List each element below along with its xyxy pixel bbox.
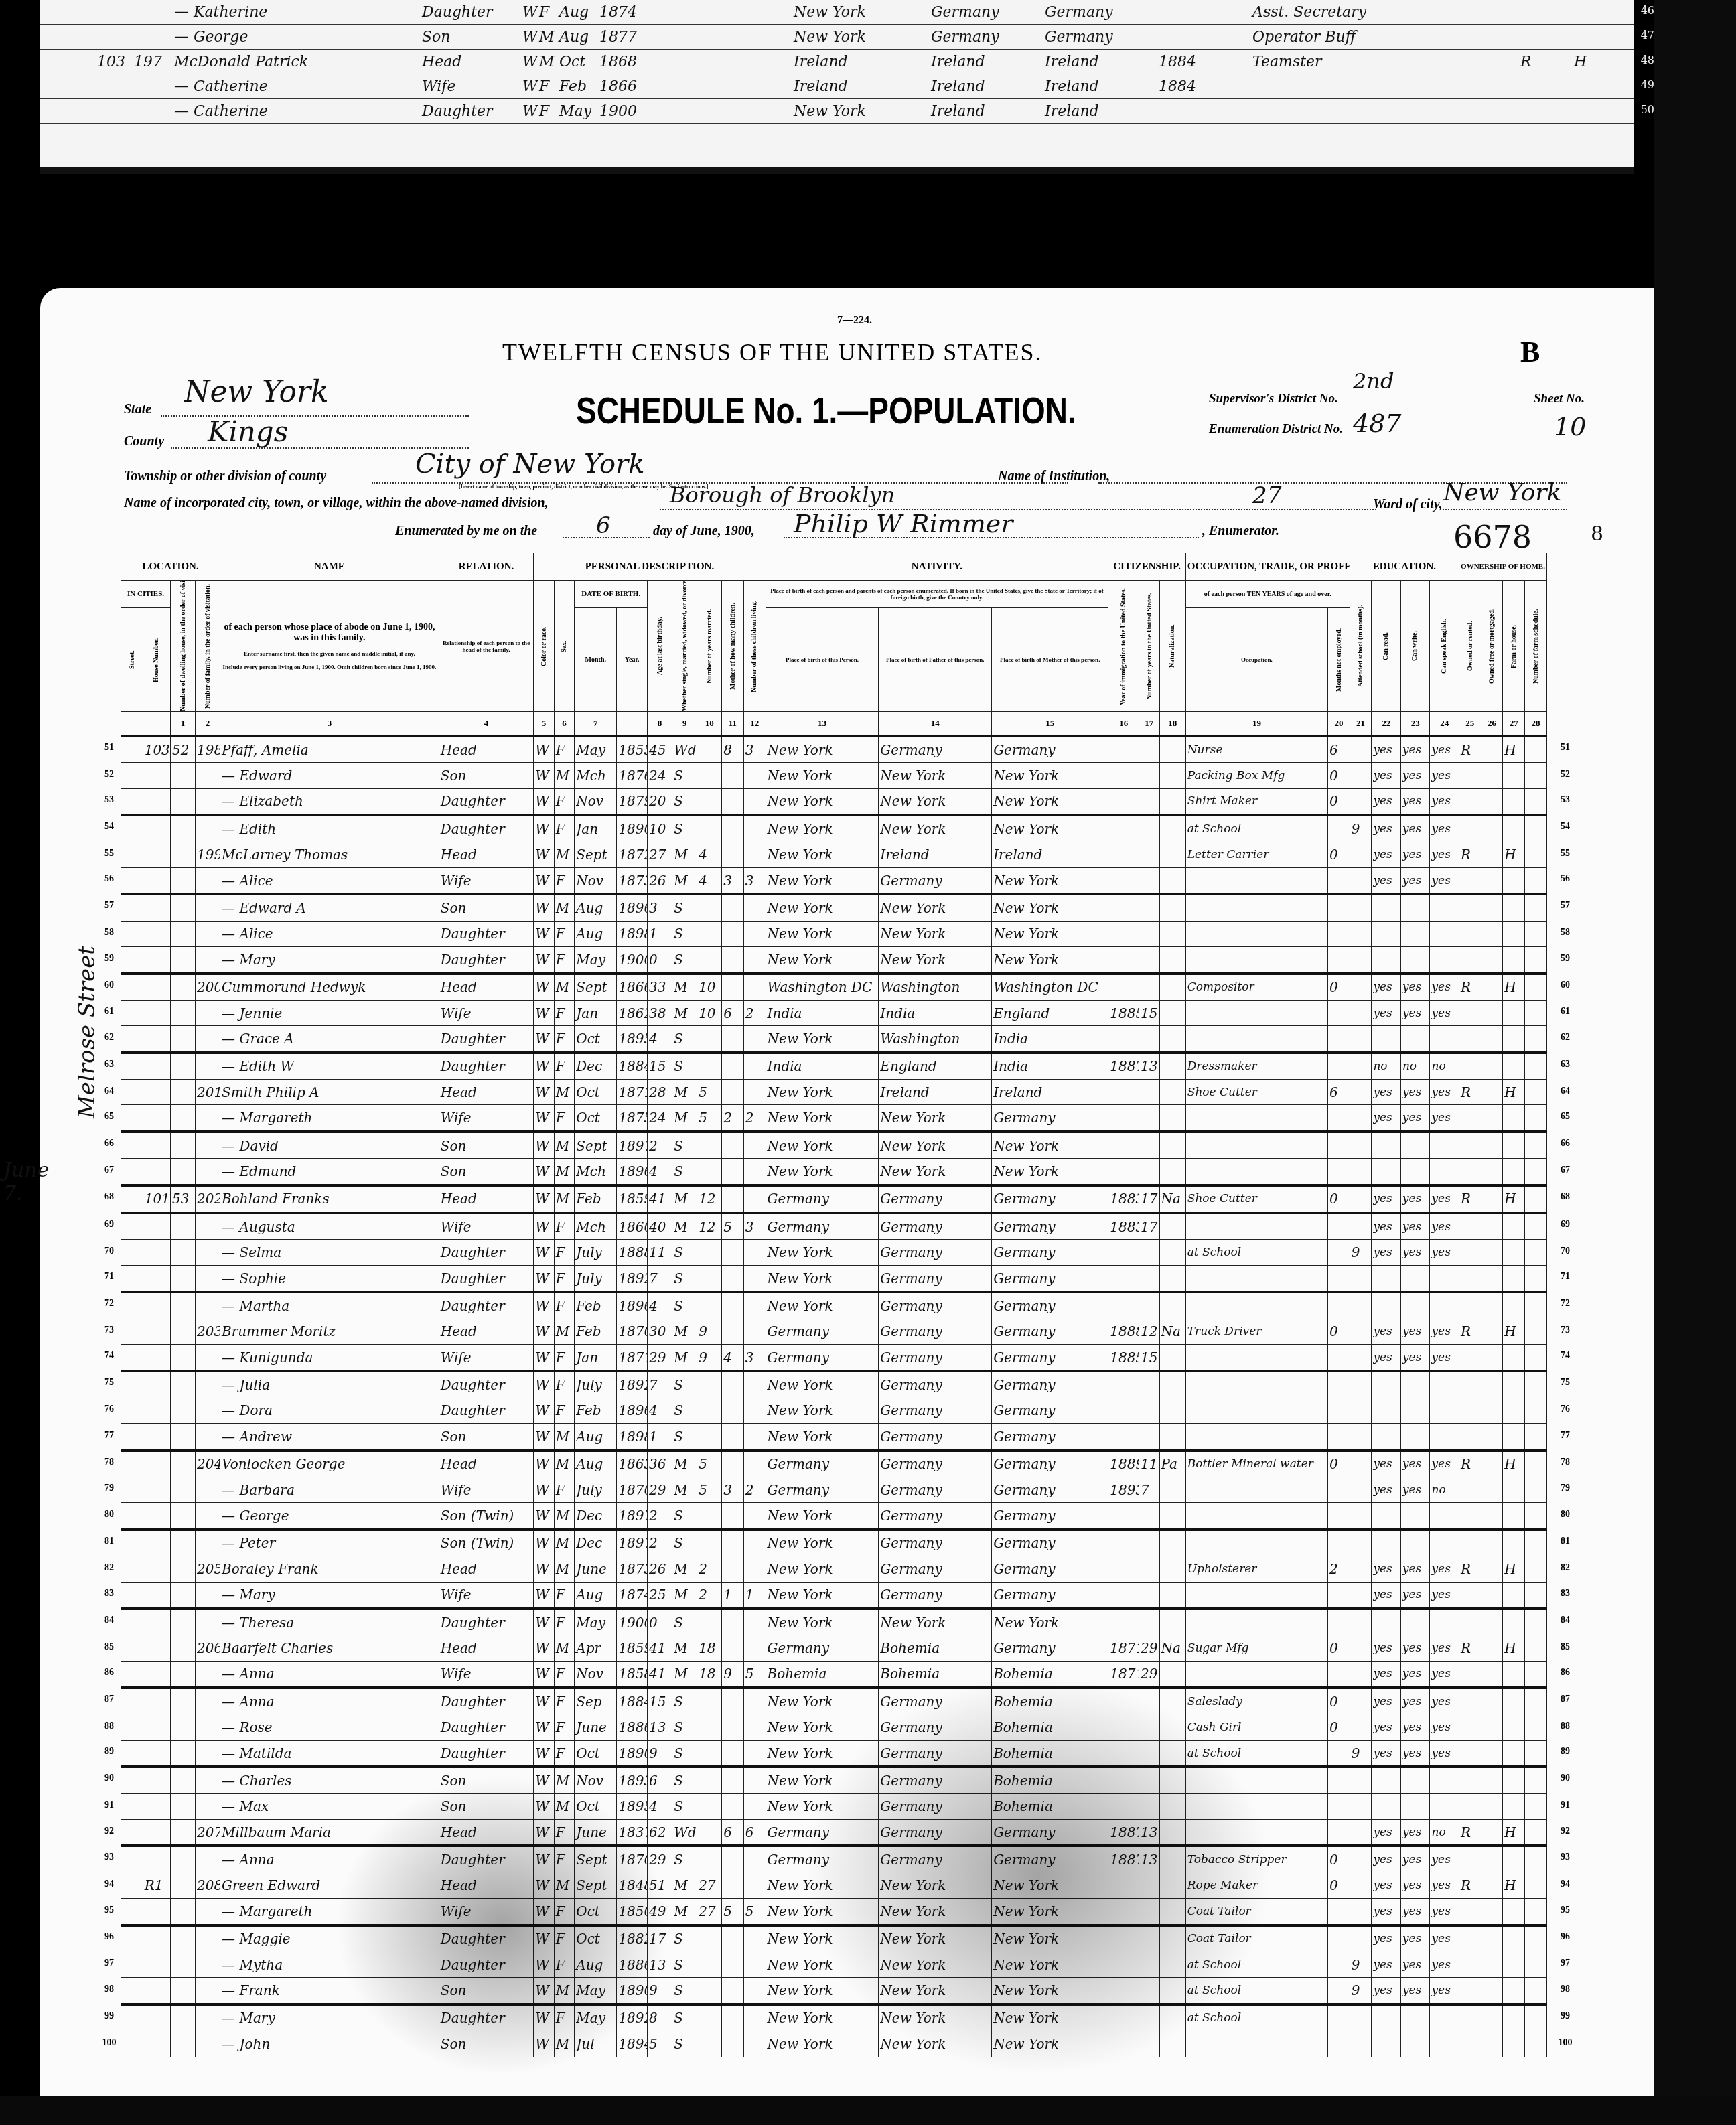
cell-write[interactable] [1400,1292,1430,1319]
cell-street[interactable] [121,974,143,1001]
cell-immig[interactable] [1108,867,1139,894]
cell-color[interactable]: W [534,1556,554,1582]
cell-name[interactable]: Smith Philip A [220,1080,439,1105]
cell-write[interactable] [1400,1530,1430,1556]
cell-dwelling[interactable] [171,1344,196,1371]
cell-month[interactable]: Feb [575,1185,617,1213]
cell-school[interactable] [1350,763,1372,788]
cell-read[interactable] [1372,1530,1401,1556]
cell-schedule[interactable] [1525,947,1547,974]
cell-age[interactable]: 24 [648,763,672,788]
cell-birth[interactable]: New York [766,1080,879,1105]
cell-age[interactable]: 0 [648,947,672,974]
cell-mother-birth[interactable]: Germany [992,1105,1108,1132]
cell-birth[interactable]: New York [766,921,879,946]
cell-schedule[interactable] [1525,1132,1547,1159]
cell-farm[interactable] [1503,1767,1525,1793]
cell-relation[interactable]: Daughter [439,1292,534,1319]
cell-birth[interactable]: New York [766,1609,879,1635]
cell-owned[interactable] [1459,1978,1481,2004]
cell-natur[interactable] [1159,1344,1185,1371]
cell-schedule[interactable] [1525,1503,1547,1530]
cell-street[interactable] [121,1899,143,1925]
cell-father-birth[interactable]: Germany [879,1556,992,1582]
cell-street[interactable] [121,2004,143,2031]
cell-owned[interactable]: R [1459,1185,1481,1213]
cell-immig[interactable] [1108,1105,1139,1132]
cell-year[interactable]: 1876 [617,763,648,788]
cell-sex[interactable]: M [554,1530,574,1556]
cell-school[interactable] [1350,1530,1372,1556]
cell-birth[interactable]: New York [766,1159,879,1185]
cell-natur[interactable] [1159,1609,1185,1635]
cell-owned[interactable]: R [1459,1556,1481,1582]
cell-occupation[interactable] [1185,1371,1327,1398]
cell-age[interactable]: 15 [648,1053,672,1080]
cell-family[interactable] [196,1398,220,1423]
cell-months-unemp[interactable] [1328,1424,1350,1451]
cell-occupation[interactable]: Letter Carrier [1185,842,1327,867]
cell-family[interactable] [196,1213,220,1240]
cell-family[interactable] [196,788,220,815]
cell-living[interactable] [743,1080,766,1105]
cell-read[interactable]: yes [1372,1105,1401,1132]
cell-dwelling[interactable] [171,1159,196,1185]
cell-month[interactable]: Feb [575,1292,617,1319]
cell-mortgage[interactable] [1481,1398,1503,1423]
cell-marital[interactable]: S [672,1925,697,1952]
cell-mother-birth[interactable]: Ireland [992,1080,1108,1105]
enumeration-district-field[interactable]: 487 [1353,409,1402,438]
cell-occupation[interactable]: Shirt Maker [1185,788,1327,815]
cell-schedule[interactable] [1525,1451,1547,1477]
cell-house[interactable] [143,1159,170,1185]
cell-read[interactable]: yes [1372,842,1401,867]
cell-english[interactable] [1430,1132,1459,1159]
cell-year[interactable]: 1860 [617,1213,648,1240]
cell-school[interactable] [1350,1820,1372,1846]
cell-write[interactable] [1400,1793,1430,1819]
cell-month[interactable]: Sept [575,974,617,1001]
cell-english[interactable]: yes [1430,788,1459,815]
cell-relation[interactable]: Head [439,1319,534,1344]
cell-age[interactable]: 29 [648,1477,672,1502]
cell-year[interactable]: 1862 [617,1000,648,1025]
cell-color[interactable]: W [534,1424,554,1451]
cell-living[interactable]: 5 [743,1899,766,1925]
cell-mortgage[interactable] [1481,1319,1503,1344]
cell-family[interactable] [196,1661,220,1688]
cell-years-married[interactable] [697,2031,722,2057]
cell-occupation[interactable] [1185,1344,1327,1371]
cell-marital[interactable]: S [672,815,697,842]
cell-marital[interactable]: M [672,1451,697,1477]
cell-color[interactable]: W [534,947,554,974]
cell-farm[interactable] [1503,1159,1525,1185]
cell-natur[interactable] [1159,763,1185,788]
cell-age[interactable]: 10 [648,815,672,842]
cell-dwelling[interactable] [171,1635,196,1661]
cell-school[interactable] [1350,1899,1372,1925]
cell-dwelling[interactable] [171,1978,196,2004]
cell-family[interactable] [196,1000,220,1025]
cell-mother-of[interactable] [722,1185,744,1213]
cell-schedule[interactable] [1525,736,1547,763]
cell-name[interactable]: — Kunigunda [220,1344,439,1371]
cell-mortgage[interactable] [1481,1265,1503,1292]
cell-name[interactable]: — Edith W [220,1053,439,1080]
cell-year[interactable]: 1866 [617,974,648,1001]
cell-school[interactable] [1350,1714,1372,1740]
cell-street[interactable] [121,736,143,763]
cell-street[interactable] [121,1159,143,1185]
cell-mother-birth[interactable]: Germany [992,1556,1108,1582]
cell-year[interactable]: 1870 [617,1319,648,1344]
cell-dwelling[interactable] [171,1846,196,1873]
cell-write[interactable]: yes [1400,1213,1430,1240]
cell-marital[interactable]: S [672,1740,697,1767]
cell-dwelling[interactable] [171,1582,196,1609]
cell-month[interactable]: Mch [575,763,617,788]
cell-name[interactable]: — Elizabeth [220,788,439,815]
cell-years-us[interactable]: 15 [1139,1344,1159,1371]
cell-farm[interactable] [1503,1661,1525,1688]
cell-english[interactable]: yes [1430,1105,1459,1132]
cell-age[interactable]: 2 [648,1530,672,1556]
cell-occupation[interactable] [1185,947,1327,974]
cell-marital[interactable]: M [672,1582,697,1609]
cell-school[interactable] [1350,867,1372,894]
cell-years-married[interactable]: 2 [697,1582,722,1609]
cell-mother-birth[interactable]: New York [992,788,1108,815]
cell-mortgage[interactable] [1481,1105,1503,1132]
cell-marital[interactable]: S [672,947,697,974]
cell-mother-birth[interactable]: Germany [992,1424,1108,1451]
cell-natur[interactable] [1159,1080,1185,1105]
cell-read[interactable]: yes [1372,1661,1401,1688]
cell-living[interactable]: 5 [743,1661,766,1688]
cell-year[interactable]: 1897 [617,1503,648,1530]
cell-years-us[interactable]: 15 [1139,1000,1159,1025]
cell-mother-birth[interactable]: Germany [992,1185,1108,1213]
cell-immig[interactable]: 1883 [1108,1185,1139,1213]
cell-years-married[interactable] [697,1609,722,1635]
cell-owned[interactable] [1459,1265,1481,1292]
cell-relation[interactable]: Head [439,842,534,867]
cell-age[interactable]: 1 [648,921,672,946]
cell-age[interactable]: 36 [648,1451,672,1477]
cell-family[interactable] [196,763,220,788]
cell-write[interactable]: yes [1400,1952,1430,1977]
cell-natur[interactable] [1159,1265,1185,1292]
cell-living[interactable] [743,1688,766,1714]
cell-write[interactable] [1400,1265,1430,1292]
cell-mother-birth[interactable]: Washington DC [992,974,1108,1001]
cell-mortgage[interactable] [1481,763,1503,788]
cell-immig[interactable]: 1885 [1108,1000,1139,1025]
cell-schedule[interactable] [1525,1292,1547,1319]
cell-living[interactable] [743,1159,766,1185]
cell-write[interactable]: yes [1400,974,1430,1001]
cell-year[interactable]: 1890 [617,815,648,842]
cell-write[interactable]: yes [1400,1240,1430,1265]
cell-marital[interactable]: S [672,1240,697,1265]
cell-street[interactable] [121,1635,143,1661]
cell-occupation[interactable] [1185,1503,1327,1530]
cell-farm[interactable]: H [1503,736,1525,763]
cell-birth[interactable]: New York [766,763,879,788]
cell-mother-of[interactable] [722,763,744,788]
cell-english[interactable]: yes [1430,974,1459,1001]
cell-mortgage[interactable] [1481,1292,1503,1319]
cell-owned[interactable] [1459,1053,1481,1080]
cell-schedule[interactable] [1525,1609,1547,1635]
cell-write[interactable] [1400,1026,1430,1053]
cell-years-us[interactable] [1139,867,1159,894]
cell-month[interactable]: Sep [575,1688,617,1714]
cell-months-unemp[interactable]: 6 [1328,736,1350,763]
cell-months-unemp[interactable] [1328,1899,1350,1925]
cell-dwelling[interactable] [171,894,196,921]
cell-family[interactable] [196,894,220,921]
cell-family[interactable] [196,1582,220,1609]
cell-mother-of[interactable]: 6 [722,1820,744,1846]
cell-years-us[interactable] [1139,974,1159,1001]
cell-house[interactable] [143,1846,170,1873]
cell-month[interactable]: Aug [575,894,617,921]
cell-birth[interactable]: New York [766,1105,879,1132]
cell-occupation[interactable]: Packing Box Mfg [1185,763,1327,788]
cell-owned[interactable] [1459,1714,1481,1740]
cell-months-unemp[interactable] [1328,894,1350,921]
cell-year[interactable]: 1884 [617,1688,648,1714]
cell-year[interactable]: 1863 [617,1451,648,1477]
cell-father-birth[interactable]: Washington [879,1026,992,1053]
cell-relation[interactable]: Daughter [439,1740,534,1767]
cell-father-birth[interactable]: India [879,1000,992,1025]
cell-months-unemp[interactable] [1328,1793,1350,1819]
cell-natur[interactable] [1159,1530,1185,1556]
cell-name[interactable]: — Theresa [220,1609,439,1635]
cell-owned[interactable] [1459,1344,1481,1371]
cell-mother-birth[interactable]: Germany [992,1582,1108,1609]
cell-schedule[interactable] [1525,1582,1547,1609]
cell-mother-of[interactable] [722,1159,744,1185]
cell-year[interactable]: 1859 [617,1185,648,1213]
cell-years-us[interactable] [1139,1080,1159,1105]
cell-street[interactable] [121,1371,143,1398]
cell-months-unemp[interactable]: 0 [1328,1635,1350,1661]
cell-house[interactable] [143,1265,170,1292]
cell-living[interactable] [743,2031,766,2057]
cell-months-unemp[interactable]: 0 [1328,1451,1350,1477]
cell-father-birth[interactable]: Germany [879,1265,992,1292]
cell-name[interactable]: Boraley Frank [220,1556,439,1582]
cell-month[interactable]: May [575,947,617,974]
cell-school[interactable] [1350,842,1372,867]
cell-month[interactable]: July [575,1371,617,1398]
cell-years-us[interactable] [1139,894,1159,921]
cell-write[interactable]: yes [1400,788,1430,815]
cell-marital[interactable]: M [672,1319,697,1344]
cell-write[interactable]: yes [1400,815,1430,842]
cell-schedule[interactable] [1525,1873,1547,1898]
cell-birth[interactable]: New York [766,736,879,763]
cell-father-birth[interactable]: New York [879,1132,992,1159]
cell-write[interactable]: yes [1400,1344,1430,1371]
cell-relation[interactable]: Son (Twin) [439,1530,534,1556]
cell-street[interactable] [121,894,143,921]
cell-years-us[interactable] [1139,1240,1159,1265]
cell-color[interactable]: W [534,867,554,894]
cell-living[interactable] [743,788,766,815]
cell-occupation[interactable]: Compositor [1185,974,1327,1001]
cell-color[interactable]: W [534,1609,554,1635]
cell-month[interactable]: July [575,1240,617,1265]
cell-month[interactable]: Sept [575,1132,617,1159]
cell-age[interactable]: 0 [648,1609,672,1635]
cell-owned[interactable]: R [1459,1080,1481,1105]
cell-mother-of[interactable] [722,1292,744,1319]
cell-sex[interactable]: M [554,1451,574,1477]
cell-relation[interactable]: Daughter [439,1609,534,1635]
cell-year[interactable]: 1871 [617,1344,648,1371]
cell-family[interactable] [196,1978,220,2004]
cell-relation[interactable]: Wife [439,1582,534,1609]
cell-school[interactable] [1350,894,1372,921]
cell-school[interactable] [1350,974,1372,1001]
cell-months-unemp[interactable] [1328,1978,1350,2004]
cell-relation[interactable]: Daughter [439,1265,534,1292]
cell-years-married[interactable] [697,947,722,974]
cell-family[interactable]: 203 [196,1319,220,1344]
cell-living[interactable]: 2 [743,1477,766,1502]
cell-mortgage[interactable] [1481,736,1503,763]
cell-house[interactable] [143,1740,170,1767]
cell-father-birth[interactable]: Germany [879,1371,992,1398]
cell-relation[interactable]: Head [439,974,534,1001]
cell-house[interactable] [143,1344,170,1371]
cell-school[interactable]: 9 [1350,815,1372,842]
cell-sex[interactable]: M [554,1319,574,1344]
cell-farm[interactable] [1503,1292,1525,1319]
cell-farm[interactable]: H [1503,1185,1525,1213]
cell-month[interactable]: Jan [575,815,617,842]
cell-schedule[interactable] [1525,1344,1547,1371]
cell-color[interactable]: W [534,1635,554,1661]
cell-month[interactable]: May [575,1609,617,1635]
cell-owned[interactable] [1459,1952,1481,1977]
cell-mother-birth[interactable]: Germany [992,736,1108,763]
cell-name[interactable]: — Sophie [220,1265,439,1292]
cell-color[interactable]: W [534,763,554,788]
cell-mother-birth[interactable]: Germany [992,1503,1108,1530]
cell-street[interactable] [121,1661,143,1688]
cell-age[interactable]: 33 [648,974,672,1001]
cell-owned[interactable] [1459,1292,1481,1319]
cell-owned[interactable] [1459,867,1481,894]
cell-english[interactable] [1430,894,1459,921]
cell-owned[interactable] [1459,894,1481,921]
cell-schedule[interactable] [1525,1820,1547,1846]
cell-marital[interactable]: S [672,1688,697,1714]
cell-age[interactable]: 4 [648,1292,672,1319]
cell-farm[interactable] [1503,1793,1525,1819]
cell-months-unemp[interactable] [1328,1582,1350,1609]
cell-english[interactable]: no [1430,1053,1459,1080]
cell-farm[interactable] [1503,1000,1525,1025]
cell-color[interactable]: W [534,842,554,867]
cell-marital[interactable]: S [672,2004,697,2031]
cell-month[interactable]: July [575,1265,617,1292]
cell-relation[interactable]: Wife [439,1661,534,1688]
cell-years-us[interactable] [1139,842,1159,867]
cell-father-birth[interactable]: Germany [879,1319,992,1344]
cell-mortgage[interactable] [1481,1899,1503,1925]
cell-family[interactable] [196,1159,220,1185]
cell-write[interactable] [1400,1424,1430,1451]
cell-relation[interactable]: Wife [439,1213,534,1240]
cell-schedule[interactable] [1525,1793,1547,1819]
cell-living[interactable]: 3 [743,1344,766,1371]
cell-mortgage[interactable] [1481,867,1503,894]
cell-house[interactable] [143,921,170,946]
cell-owned[interactable] [1459,1793,1481,1819]
cell-name[interactable]: — Peter [220,1530,439,1556]
cell-school[interactable] [1350,921,1372,946]
cell-immig[interactable]: 1885 [1108,1344,1139,1371]
cell-sex[interactable]: F [554,1609,574,1635]
cell-dwelling[interactable] [171,788,196,815]
cell-natur[interactable] [1159,1371,1185,1398]
cell-father-birth[interactable]: New York [879,921,992,946]
cell-father-birth[interactable]: Germany [879,1451,992,1477]
cell-owned[interactable] [1459,947,1481,974]
cell-color[interactable]: W [534,1319,554,1344]
cell-farm[interactable] [1503,1424,1525,1451]
cell-school[interactable] [1350,2031,1372,2057]
cell-months-unemp[interactable]: 0 [1328,1873,1350,1898]
cell-read[interactable] [1372,1159,1401,1185]
cell-english[interactable] [1430,1398,1459,1423]
cell-dwelling[interactable] [171,1477,196,1502]
cell-name[interactable]: — Anna [220,1661,439,1688]
cell-street[interactable] [121,1978,143,2004]
cell-marital[interactable]: S [672,1793,697,1819]
cell-read[interactable]: yes [1372,1925,1401,1952]
cell-natur[interactable] [1159,1213,1185,1240]
cell-age[interactable]: 7 [648,1371,672,1398]
cell-house[interactable] [143,1530,170,1556]
cell-living[interactable] [743,1609,766,1635]
cell-dwelling[interactable] [171,1292,196,1319]
cell-school[interactable] [1350,1609,1372,1635]
cell-english[interactable]: yes [1430,1846,1459,1873]
cell-read[interactable] [1372,1609,1401,1635]
cell-street[interactable] [121,1530,143,1556]
cell-years-married[interactable]: 4 [697,842,722,867]
cell-years-married[interactable]: 27 [697,1899,722,1925]
cell-street[interactable] [121,1582,143,1609]
cell-marital[interactable]: M [672,842,697,867]
cell-street[interactable] [121,1503,143,1530]
cell-year[interactable]: 1892 [617,1265,648,1292]
cell-marital[interactable]: M [672,1873,697,1898]
cell-father-birth[interactable]: Germany [879,1398,992,1423]
cell-marital[interactable]: S [672,1026,697,1053]
cell-marital[interactable]: M [672,1661,697,1688]
cell-mother-of[interactable] [722,1978,744,2004]
